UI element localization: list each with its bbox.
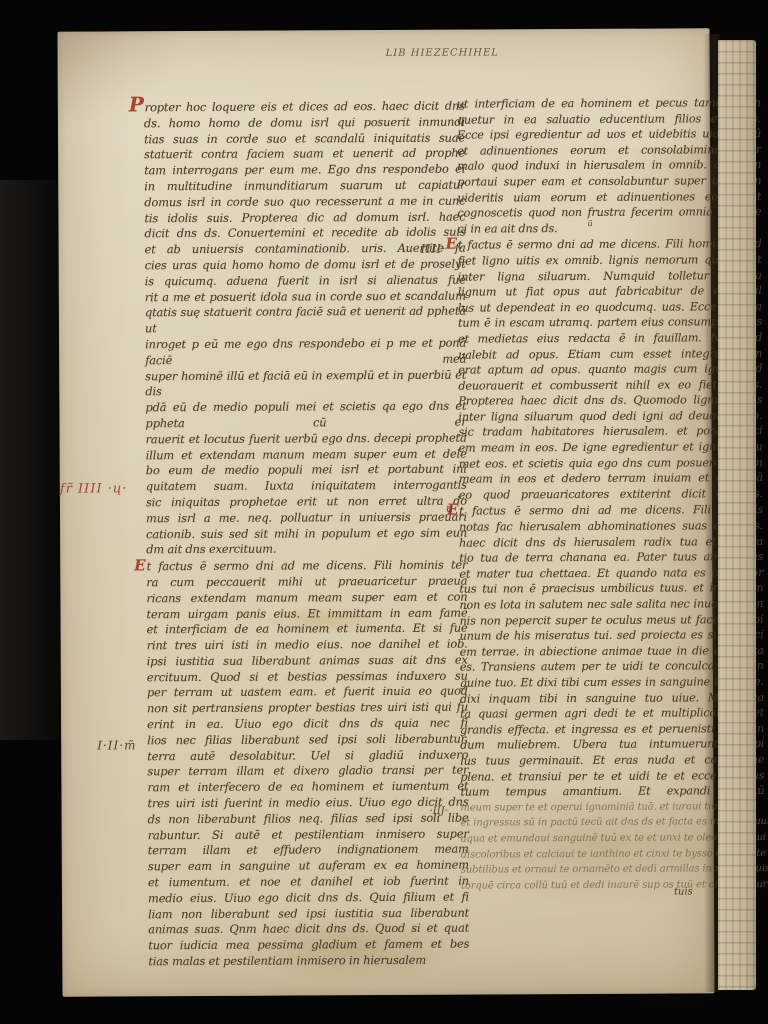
- text-line: ra cum peccauerit mihi ut praeuaricetur …: [146, 573, 467, 590]
- text-line: super hominē illū et faciā eū in exemplū…: [145, 367, 466, 400]
- text-line: super eam in sanguine ut auferam ex ea h…: [148, 858, 469, 875]
- text-line: erint in ea. Uiuo ego dicit dns ds quia …: [147, 716, 468, 733]
- text-line: sic iniquitas prophetae erit ut non erre…: [146, 493, 467, 510]
- text-line: et interficiam de ea hominem et iumenta.…: [147, 621, 468, 638]
- text-line: tias suas in corde suo et scandalū iniqu…: [144, 130, 465, 147]
- column-left-lines: Propter hoc loquere eis et dices ad eos.…: [144, 96, 470, 970]
- text-line: bo eum de medio populi mei isrl et porta…: [146, 462, 467, 479]
- text-line: rabuntur. Si autē et pestilentiam inmise…: [148, 826, 469, 843]
- text-line: Et factus ē sermo dni ad me dicens. Fili…: [146, 557, 467, 575]
- text-line: super terram illam et dixero gladio tran…: [147, 763, 468, 780]
- text-line: dicit dns ds. Conuertemini et recedite a…: [144, 225, 465, 242]
- marginal-lection-mark-red: fr̃ IIII ·ų·: [60, 481, 128, 496]
- text-line: et iumentum. et noe et danihel et iob fu…: [148, 874, 469, 891]
- text-line: ercituum. Quod si et bestias pessimas in…: [147, 668, 468, 685]
- running-title: LIB HIEZECHIHEL: [386, 47, 499, 59]
- text-line: statuerit contra faciem suam et uenerit …: [144, 146, 465, 163]
- text-line: domus isrl in corde suo quo recesserunt …: [144, 193, 465, 210]
- text-line: illum et extendam manum meam super eum e…: [146, 446, 467, 463]
- text-line: tis idolis suis. Propterea dic ad domum …: [144, 209, 465, 226]
- text-line: tuor iudicia mea pessima gladium et fame…: [148, 937, 469, 954]
- text-line: in multitudine inmunditiarum suarum ut c…: [144, 178, 465, 195]
- text-line: teram uirgam panis eius. Et immittam in …: [146, 605, 467, 622]
- text-line: liam non liberabunt sed ipsi iustitia su…: [148, 905, 469, 922]
- photograph-stage: LIB HIEZECHIHEL Propter hoc loquere eis …: [0, 0, 768, 1024]
- rubricated-initial: P: [129, 92, 145, 116]
- marginal-chapter-number-III: ·IIJ·: [430, 806, 448, 817]
- text-line: tam interrogans per eum me. Ego dns resp…: [144, 162, 465, 179]
- catchword: tuis: [674, 886, 693, 897]
- text-line: terra autē desolabitur. Uel si gladiū in…: [147, 747, 468, 764]
- text-line: tres uiri isti fuerint in medio eius. Ui…: [147, 795, 468, 812]
- text-line: ricans extendam manum meam super eam et …: [146, 589, 467, 606]
- text-line: cies uras quia homo homo de domu isrl et…: [145, 257, 466, 274]
- text-line: rit a me et posuerit idola sua in corde …: [145, 288, 466, 305]
- text-line: quitatem suam. Iuxta iniquitatem interro…: [146, 478, 467, 495]
- manuscript-page: LIB HIEZECHIHEL Propter hoc loquere eis …: [57, 28, 714, 996]
- text-line: non sit pertransiens propter bestias tre…: [147, 700, 468, 717]
- text-line: ipsi iustitia sua liberabunt animas suas…: [147, 652, 468, 669]
- text-line: rauerit et locutus fuerit uerbū ego dns.…: [146, 430, 467, 447]
- text-line: dm ait dns exercituum.: [146, 541, 467, 558]
- text-line: qtatis suę statuerit contra faciē suā et…: [145, 304, 466, 337]
- text-line: Propter hoc loquere eis et dices ad eos.…: [144, 96, 465, 116]
- text-line: is quicumq. aduena fuerit in isrl si ali…: [145, 272, 466, 289]
- text-line: mus isrl a me. neq. polluatur in uniuers…: [146, 509, 467, 526]
- text-line: cationib. suis sed sit mihi in populum e…: [146, 525, 467, 542]
- text-line: medio eius. Uiuo ego dicit dns ds. Quia …: [148, 889, 469, 906]
- text-line: ds non liberabunt filios neq. filias sed…: [148, 810, 469, 827]
- marginal-note-left: I·II·m̃: [97, 738, 136, 752]
- text-line: ds. homo homo de domu isrl qui posuerit …: [144, 114, 465, 131]
- text-line: tias malas et pestilentiam inmisero in h…: [148, 953, 469, 970]
- text-line: et ab uniuersis contaminationib. uris. A…: [145, 241, 466, 258]
- marginal-chapter-number-V: ų: [446, 502, 453, 515]
- interlinear-correction: ū: [587, 219, 592, 228]
- text-line: terram illam et effudero indignationem m…: [148, 842, 469, 859]
- text-line: ram et interfecero de ea hominem et iume…: [147, 779, 468, 796]
- text-line: lios nec filias liberabunt sed ipsi soli…: [147, 731, 468, 748]
- text-line: rint tres uiri isti in medio eius. noe d…: [147, 637, 468, 654]
- text-line: per terram ut uastem eam. et fuerit inui…: [147, 684, 468, 701]
- text-column-left: Propter hoc loquere eis et dices ad eos.…: [144, 96, 470, 970]
- marginal-chapter-number-IIII: IIII·: [421, 242, 446, 256]
- text-line: inroget p eū me ego dns respondebo ei p …: [145, 336, 466, 369]
- text-line: pdā eū de medio populi mei et scietis qa…: [145, 399, 466, 432]
- text-line: animas suas. Qnm haec dicit dns ds. Quod…: [148, 921, 469, 938]
- rubricated-initial: E: [134, 556, 146, 574]
- next-folio-edge: [718, 40, 756, 990]
- rubricated-initial: E: [446, 235, 458, 253]
